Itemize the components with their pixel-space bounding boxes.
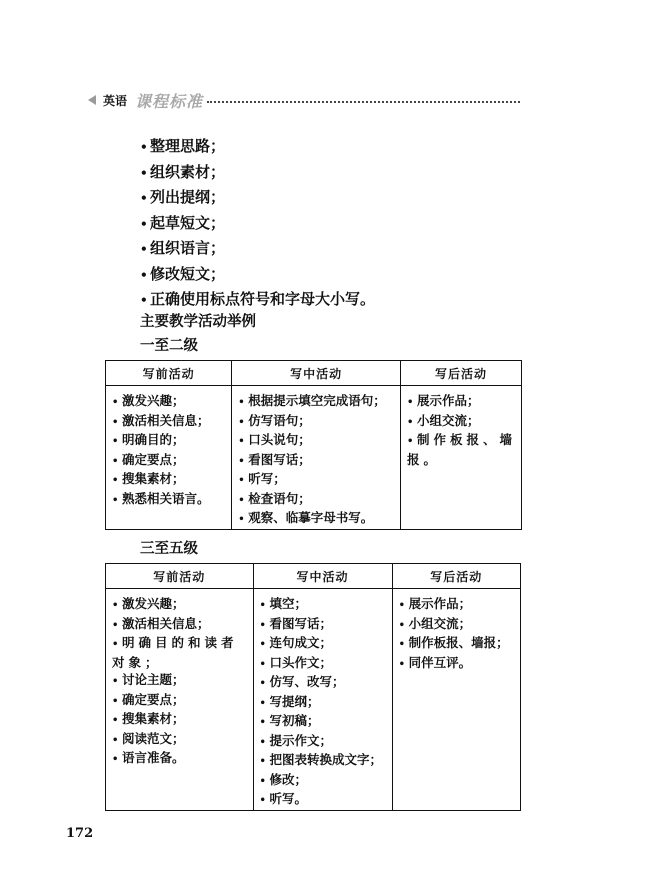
bullet-icon: •: [238, 433, 248, 451]
list-item: •制作板报、墙报。: [407, 431, 517, 468]
level-1-2-label: 一至二级: [140, 334, 198, 355]
header-while-writing: 写中活动: [232, 361, 401, 386]
bullet-icon: •: [112, 453, 122, 471]
list-item: •看图写话；: [260, 615, 388, 635]
bullet-icon: •: [260, 656, 270, 674]
bullet-icon: •: [238, 511, 248, 529]
bullet-icon: •: [140, 186, 150, 211]
bullet-icon: •: [112, 597, 122, 615]
list-item: •明确目的；: [112, 431, 227, 451]
list-item: •展示作品；: [407, 392, 517, 412]
activities-table-level-3-5: 写前活动 写中活动 写后活动 •激发兴趣； •激活相关信息； •明确目的和读者对…: [105, 563, 521, 811]
bullet-icon: •: [238, 414, 248, 432]
bullet-icon: •: [140, 212, 150, 237]
bullet-icon: •: [260, 714, 270, 732]
list-item: •确定要点；: [112, 691, 249, 711]
list-item: •起草短文；: [140, 211, 375, 237]
list-item: •提示作文；: [260, 732, 388, 752]
bullet-icon: •: [260, 753, 270, 771]
bullet-icon: •: [260, 675, 270, 693]
list-item: •展示作品；: [399, 595, 516, 615]
while-writing-cell: •填空； •看图写话； •连句成文； •口头作文； •仿写、改写； •写提纲； …: [253, 589, 392, 811]
bullet-icon: •: [112, 693, 122, 711]
list-item: •修改；: [260, 771, 388, 791]
bullet-icon: •: [399, 597, 409, 615]
list-item: •组织素材；: [140, 160, 375, 186]
table-header-row: 写前活动 写中活动 写后活动: [106, 564, 521, 589]
header-while-writing: 写中活动: [253, 564, 392, 589]
list-item: •激活相关信息；: [112, 412, 227, 432]
bullet-icon: •: [260, 792, 270, 810]
bullet-icon: •: [112, 617, 122, 635]
list-item: •熟悉相关语言。: [112, 490, 227, 510]
list-item: •口头说句；: [238, 431, 396, 451]
bullet-icon: •: [112, 751, 122, 769]
bullet-icon: •: [260, 617, 270, 635]
bullet-icon: •: [140, 135, 150, 160]
list-item: •明确目的和读者对象；: [112, 634, 249, 671]
list-item: •口头作文；: [260, 654, 388, 674]
list-item: •激发兴趣；: [112, 595, 249, 615]
table-row: •激发兴趣； •激活相关信息； •明确目的和读者对象； •讨论主题； •确定要点…: [106, 589, 521, 811]
bullet-icon: •: [260, 734, 270, 752]
list-item: •正确使用标点符号和字母大小写。: [140, 287, 375, 313]
bullet-icon: •: [112, 712, 122, 730]
triangle-left-icon: [88, 95, 96, 105]
list-item: •讨论主题；: [112, 671, 249, 691]
list-item: •搜集素材；: [112, 710, 249, 730]
bullet-icon: •: [112, 433, 122, 451]
header-pre-writing: 写前活动: [106, 564, 254, 589]
bullet-icon: •: [238, 394, 248, 412]
dotted-rule: [207, 101, 520, 103]
bullet-icon: •: [112, 414, 122, 432]
bullet-icon: •: [238, 492, 248, 510]
bullet-icon: •: [399, 656, 409, 674]
list-item: •听写。: [260, 790, 388, 810]
bullet-icon: •: [112, 673, 122, 691]
list-item: •激发兴趣；: [112, 392, 227, 412]
bullet-icon: •: [260, 636, 270, 654]
list-item: •制作板报、墙报；: [399, 634, 516, 654]
post-writing-cell: •展示作品； •小组交流； •制作板报、墙报。: [401, 386, 522, 530]
list-item: •小组交流；: [407, 412, 517, 432]
bullet-icon: •: [407, 394, 417, 412]
list-item: •根据提示填空完成语句；: [238, 392, 396, 412]
bullet-icon: •: [140, 237, 150, 262]
while-writing-cell: •根据提示填空完成语句； •仿写语句； •口头说句； •看图写话； •听写； •…: [232, 386, 401, 530]
bullet-icon: •: [238, 472, 248, 490]
list-item: •修改短文；: [140, 262, 375, 288]
subject-label: 英语: [103, 92, 127, 109]
bullet-icon: •: [112, 472, 122, 490]
header-post-writing: 写后活动: [392, 564, 520, 589]
list-item: •阅读范文；: [112, 730, 249, 750]
bullet-icon: •: [140, 288, 150, 313]
bullet-icon: •: [140, 161, 150, 186]
list-item: •组织语言；: [140, 236, 375, 262]
bullet-icon: •: [399, 617, 409, 635]
list-item: •语言准备。: [112, 749, 249, 769]
level-3-5-label: 三至五级: [140, 537, 198, 558]
list-item: •整理思路；: [140, 134, 375, 160]
list-item: •确定要点；: [112, 451, 227, 471]
list-item: •搜集素材；: [112, 470, 227, 490]
bullet-icon: •: [140, 263, 150, 288]
bullet-icon: •: [399, 636, 409, 654]
list-item: •仿写、改写；: [260, 673, 388, 693]
book-title: 课程标准: [135, 89, 203, 112]
bullet-icon: •: [260, 695, 270, 713]
writing-skills-list: •整理思路； •组织素材； •列出提纲； •起草短文； •组织语言； •修改短文…: [140, 134, 375, 313]
bullet-icon: •: [238, 453, 248, 471]
section-heading: 主要教学活动举例: [140, 310, 256, 331]
bullet-icon: •: [112, 636, 122, 654]
list-item: •小组交流；: [399, 615, 516, 635]
list-item: •连句成文；: [260, 634, 388, 654]
list-item: •激活相关信息；: [112, 615, 249, 635]
bullet-icon: •: [112, 492, 122, 510]
running-head: 英语 课程标准: [88, 91, 520, 109]
list-item: •听写；: [238, 470, 396, 490]
list-item: •仿写语句；: [238, 412, 396, 432]
list-item: •把图表转换成文字；: [260, 751, 388, 771]
bullet-icon: •: [112, 732, 122, 750]
bullet-icon: •: [112, 394, 122, 412]
list-item: •写初稿；: [260, 712, 388, 732]
post-writing-cell: •展示作品； •小组交流； •制作板报、墙报； •同伴互评。: [392, 589, 520, 811]
list-item: •观察、临摹字母书写。: [238, 509, 396, 529]
list-item: •写提纲；: [260, 693, 388, 713]
bullet-icon: •: [260, 597, 270, 615]
header-pre-writing: 写前活动: [106, 361, 232, 386]
pre-writing-cell: •激发兴趣； •激活相关信息； •明确目的和读者对象； •讨论主题； •确定要点…: [106, 589, 254, 811]
list-item: •检查语句；: [238, 490, 396, 510]
list-item: •看图写话；: [238, 451, 396, 471]
bullet-icon: •: [260, 773, 270, 791]
page-number: 172: [66, 826, 93, 841]
list-item: •列出提纲；: [140, 185, 375, 211]
bullet-icon: •: [407, 414, 417, 432]
header-post-writing: 写后活动: [401, 361, 522, 386]
pre-writing-cell: •激发兴趣； •激活相关信息； •明确目的； •确定要点； •搜集素材； •熟悉…: [106, 386, 232, 530]
list-item: •填空；: [260, 595, 388, 615]
list-item: •同伴互评。: [399, 654, 516, 674]
table-row: •激发兴趣； •激活相关信息； •明确目的； •确定要点； •搜集素材； •熟悉…: [106, 386, 522, 530]
activities-table-level-1-2: 写前活动 写中活动 写后活动 •激发兴趣； •激活相关信息； •明确目的； •确…: [105, 360, 522, 530]
table-header-row: 写前活动 写中活动 写后活动: [106, 361, 522, 386]
bullet-icon: •: [407, 433, 417, 451]
